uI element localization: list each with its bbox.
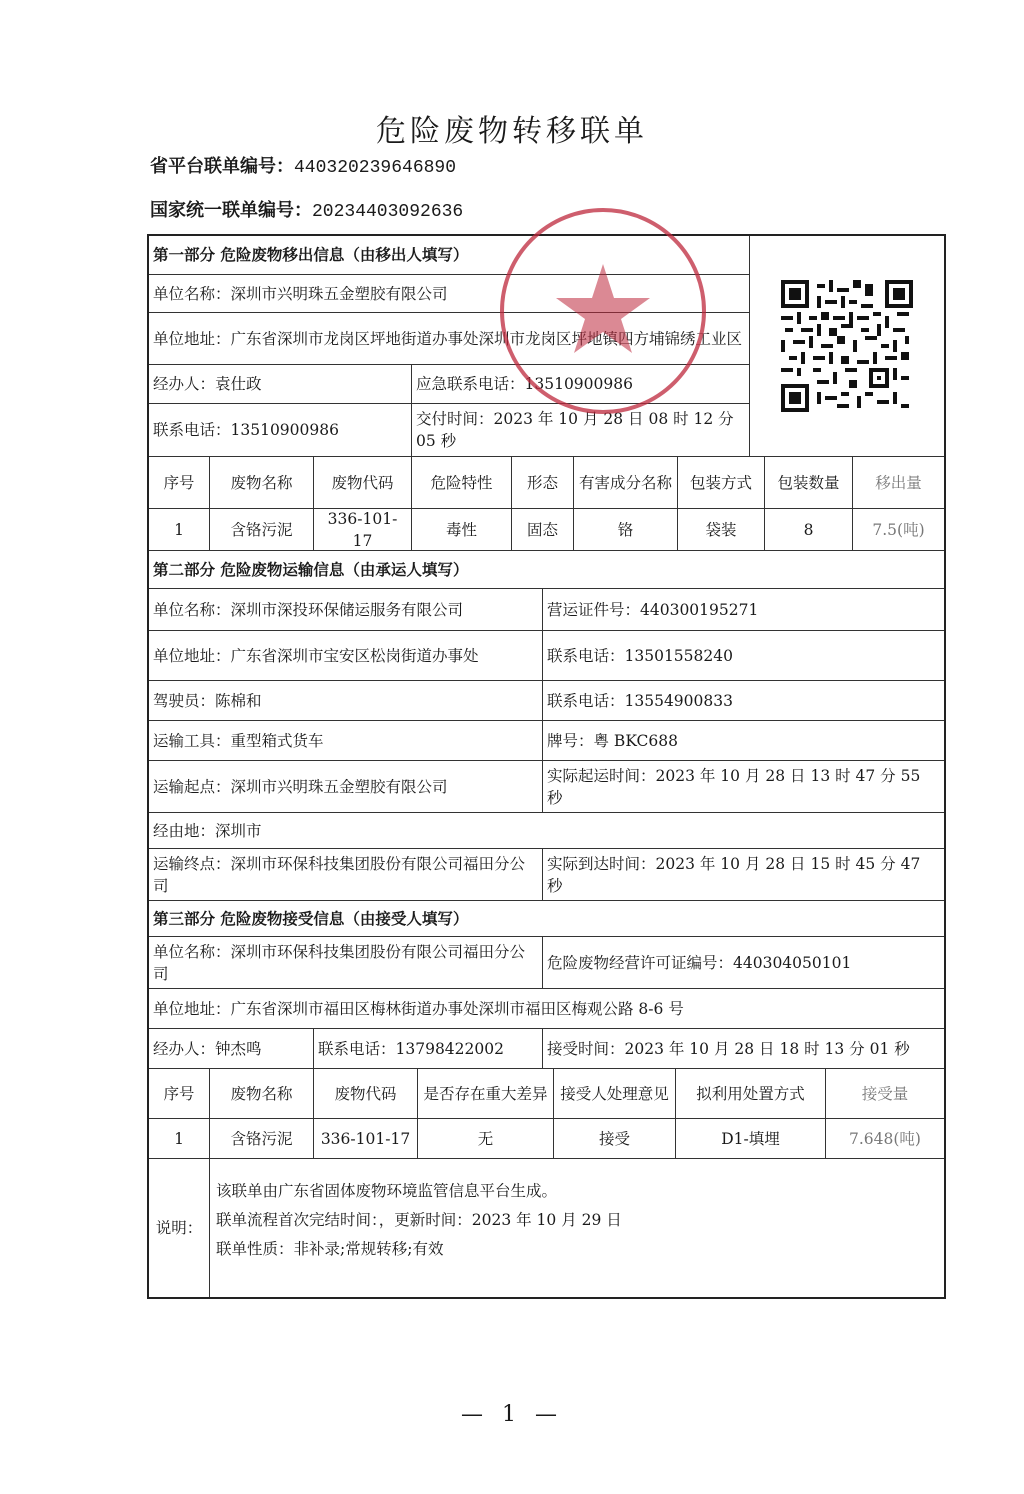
table-cell: 固态 — [511, 509, 573, 550]
page-number: — 1 — — [0, 1402, 1024, 1427]
col-header: 拟利用处置方式 — [675, 1069, 825, 1118]
col-header: 废物名称 — [209, 1069, 313, 1118]
part2-heading: 第二部分 危险废物运输信息（由承运人填写） — [149, 551, 944, 588]
table-cell: 7.648(吨) — [825, 1119, 944, 1158]
col-header: 包装方式 — [677, 457, 764, 508]
col-header: 废物名称 — [209, 457, 313, 508]
notes-line: 联单流程首次完结时间：，更新时间：2023 年 10 月 29 日 — [216, 1206, 938, 1235]
part2-depart-time: 实际起运时间：2023 年 10 月 28 日 13 时 47 分 55 秒 — [542, 761, 944, 812]
part2-contact-phone-1: 联系电话：13501558240 — [542, 631, 944, 680]
col-header: 序号 — [149, 1069, 209, 1118]
part1-unit-address: 单位地址：广东省深圳市龙岗区坪地街道办事处深圳市龙岗区坪地镇四方埔锦绣工业区 — [149, 313, 749, 364]
table-cell: 含铬污泥 — [209, 509, 313, 550]
table-cell: 无 — [417, 1119, 553, 1158]
part2-contact-phone-2: 联系电话：13554900833 — [542, 681, 944, 720]
table-cell: 336-101-17 — [313, 1119, 417, 1158]
manifest-form: 第一部分 危险废物移出信息（由移出人填写） 单位名称：深圳市兴明珠五金塑胶有限公… — [147, 234, 946, 1299]
national-number-value: 20234403092636 — [312, 202, 463, 222]
table-row: 1 含铬污泥 336-101-17 无 接受 D1-填埋 7.648(吨) — [149, 1119, 944, 1159]
part2-destination: 运输终点：深圳市环保科技集团股份有限公司福田分公司 — [149, 849, 542, 900]
national-number: 国家统一联单编号：20234403092636 — [150, 196, 463, 222]
part3-contact-phone: 联系电话：13798422002 — [313, 1029, 542, 1068]
col-header: 序号 — [149, 457, 209, 508]
qr-code-cell — [750, 236, 944, 456]
notes-label: 说明： — [149, 1159, 209, 1297]
part3-unit-name: 单位名称：深圳市环保科技集团股份有限公司福田分公司 — [149, 937, 542, 988]
part3-heading: 第三部分 危险废物接受信息（由接受人填写） — [149, 901, 944, 936]
part1-heading: 第一部分 危险废物移出信息（由移出人填写） — [149, 236, 749, 274]
qr-code-icon — [781, 280, 913, 412]
part2-via: 经由地：深圳市 — [149, 813, 944, 848]
part1-delivery-time: 交付时间：2023 年 10 月 28 日 08 时 12 分 05 秒 — [411, 404, 749, 456]
national-number-label: 国家统一联单编号： — [150, 200, 312, 221]
col-header: 废物代码 — [313, 1069, 417, 1118]
col-header: 有害成分名称 — [573, 457, 677, 508]
col-header: 废物代码 — [313, 457, 411, 508]
part1-handler: 经办人：袁仕政 — [149, 365, 411, 403]
provincial-number-label: 省平台联单编号： — [150, 156, 294, 177]
part3-permit-no: 危险废物经营许可证编号：440304050101 — [542, 937, 944, 988]
part1-unit-name: 单位名称：深圳市兴明珠五金塑胶有限公司 — [149, 275, 749, 312]
provincial-number: 省平台联单编号：440320239646890 — [150, 152, 456, 178]
table-cell: D1-填埋 — [675, 1119, 825, 1158]
table-cell: 1 — [149, 1119, 209, 1158]
part2-unit-name: 单位名称：深圳市深投环保储运服务有限公司 — [149, 589, 542, 630]
document-title: 危险废物转移联单 — [0, 106, 1024, 150]
part2-license-no: 营运证件号：440300195271 — [542, 589, 944, 630]
provincial-number-value: 440320239646890 — [294, 158, 456, 178]
part3-handler: 经办人：钟杰鸣 — [149, 1029, 313, 1068]
part1-table-header: 序号 废物名称 废物代码 危险特性 形态 有害成分名称 包装方式 包装数量 移出… — [149, 457, 944, 509]
table-cell: 336-101-17 — [313, 509, 411, 550]
part3-unit-address: 单位地址：广东省深圳市福田区梅林街道办事处深圳市福田区梅观公路 8-6 号 — [149, 989, 944, 1028]
table-cell: 7.5(吨) — [852, 509, 944, 550]
col-header: 接受人处理意见 — [553, 1069, 675, 1118]
table-cell: 含铬污泥 — [209, 1119, 313, 1158]
part1-contact-phone: 联系电话：13510900986 — [149, 404, 411, 456]
part3-receive-time: 接受时间：2023 年 10 月 28 日 18 时 13 分 01 秒 — [542, 1029, 944, 1068]
part1-header-block: 第一部分 危险废物移出信息（由移出人填写） 单位名称：深圳市兴明珠五金塑胶有限公… — [149, 236, 944, 457]
col-header: 危险特性 — [411, 457, 511, 508]
part3-table-header: 序号 废物名称 废物代码 是否存在重大差异 接受人处理意见 拟利用处置方式 接受… — [149, 1069, 944, 1119]
part2-arrive-time: 实际到达时间：2023 年 10 月 28 日 15 时 45 分 47 秒 — [542, 849, 944, 900]
part2-vehicle: 运输工具：重型箱式货车 — [149, 721, 542, 760]
part2-origin: 运输起点：深圳市兴明珠五金塑胶有限公司 — [149, 761, 542, 812]
col-header: 包装数量 — [764, 457, 852, 508]
col-header: 是否存在重大差异 — [417, 1069, 553, 1118]
part2-plate: 牌号：粤 BKC688 — [542, 721, 944, 760]
part1-emergency-phone: 应急联系电话：13510900986 — [411, 365, 749, 403]
table-cell: 接受 — [553, 1119, 675, 1158]
table-cell: 袋装 — [677, 509, 764, 550]
table-cell: 铬 — [573, 509, 677, 550]
col-header: 形态 — [511, 457, 573, 508]
notes-line: 该联单由广东省固体废物环境监管信息平台生成。 — [216, 1177, 938, 1206]
table-row: 1 含铬污泥 336-101-17 毒性 固态 铬 袋装 8 7.5(吨) — [149, 509, 944, 551]
part2-unit-address: 单位地址：广东省深圳市宝安区松岗街道办事处 — [149, 631, 542, 680]
notes-line: 联单性质：非补录;常规转移;有效 — [216, 1235, 938, 1264]
table-cell: 8 — [764, 509, 852, 550]
table-cell: 1 — [149, 509, 209, 550]
col-header: 接受量 — [825, 1069, 944, 1118]
table-cell: 毒性 — [411, 509, 511, 550]
col-header: 移出量 — [852, 457, 944, 508]
part2-driver: 驾驶员：陈棉和 — [149, 681, 542, 720]
notes-body: 该联单由广东省固体废物环境监管信息平台生成。 联单流程首次完结时间：，更新时间：… — [209, 1159, 944, 1297]
